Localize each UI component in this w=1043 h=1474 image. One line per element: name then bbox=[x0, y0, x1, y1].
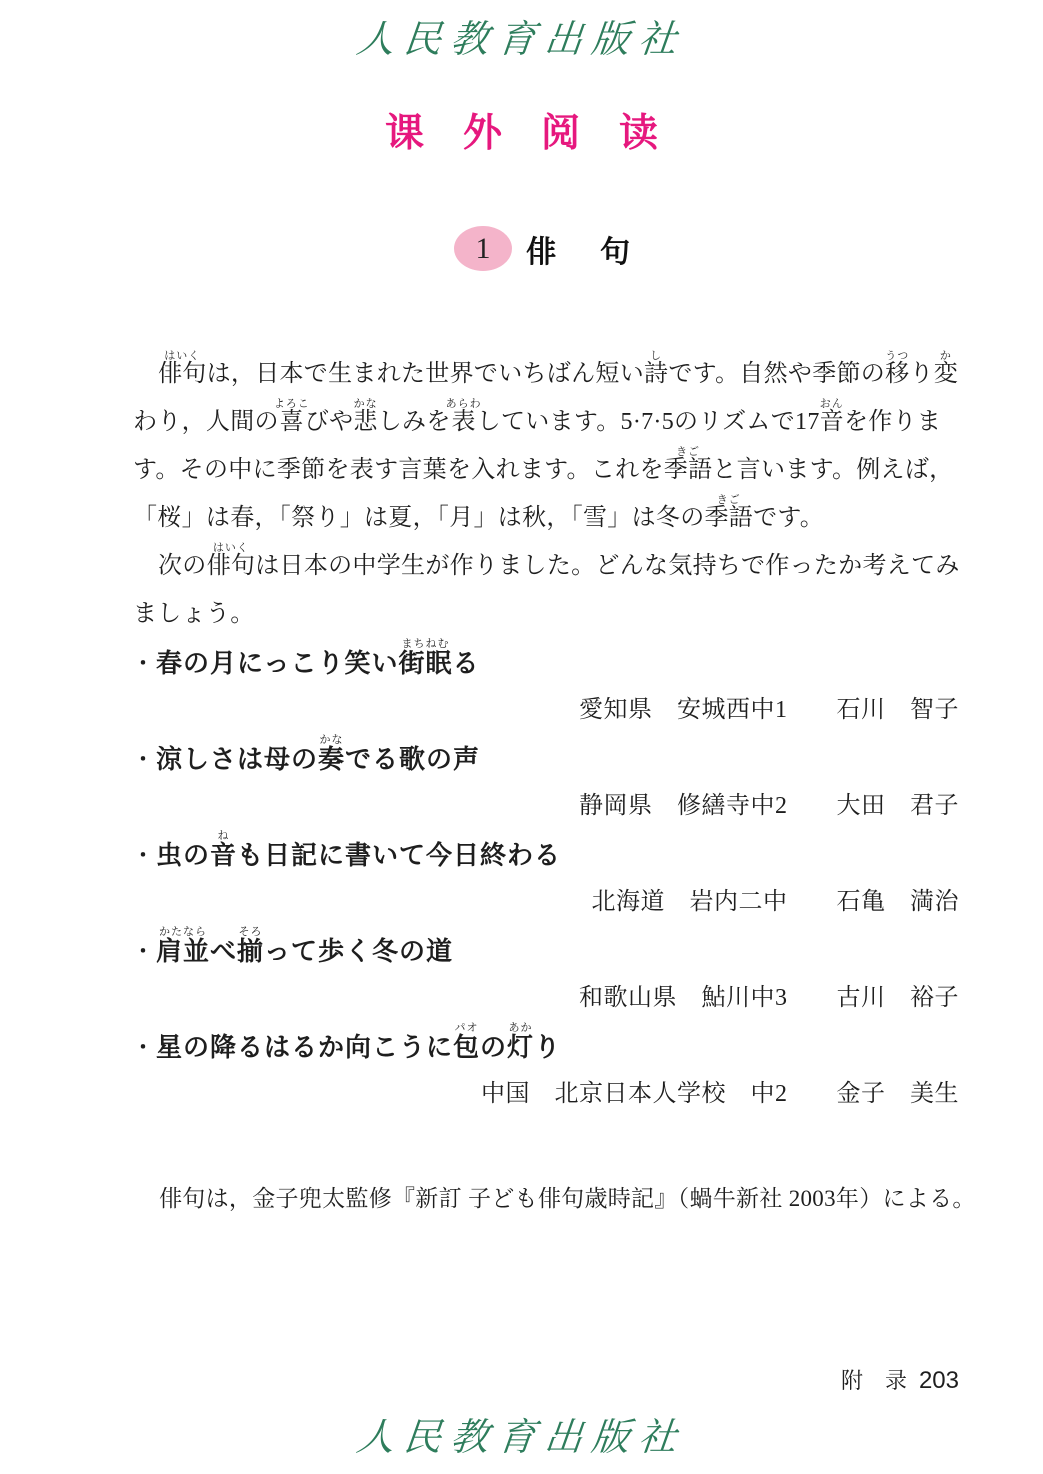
haiku-attribution: 和歌山県 鮎川中3 古川 裕子 bbox=[133, 974, 959, 1022]
source-note: 俳句は，金子兜太監修『新訂 子ども俳句歳時記』（蝸牛新社 2003年）による。 bbox=[133, 1180, 959, 1213]
haiku-text: 春の月にっこり笑い街眠まちねむる bbox=[156, 648, 480, 678]
haiku-line: ・肩並かたならべ揃そろって歩く冬の道 bbox=[133, 926, 959, 974]
section-header: 1 俳 句 bbox=[454, 226, 637, 271]
paragraph-line: ましょう。 bbox=[133, 590, 959, 638]
bullet-icon: ・ bbox=[133, 845, 156, 867]
haiku-text: 星の降るはるか向こうに包パオの灯あかり bbox=[156, 1032, 561, 1062]
haiku-attribution: 愛知県 安城西中1 石川 智子 bbox=[133, 686, 959, 734]
haiku-line: ・星の降るはるか向こうに包パオの灯あかり bbox=[133, 1022, 959, 1070]
bullet-icon: ・ bbox=[133, 941, 156, 963]
footer-label: 附 录 bbox=[841, 1368, 907, 1393]
haiku-attribution: 北海道 岩内二中 石亀 満治 bbox=[133, 878, 959, 926]
haiku-line: ・虫の音ねも日記に書いて今日終わる bbox=[133, 830, 959, 878]
section-title: 俳 句 bbox=[526, 227, 637, 271]
bullet-icon: ・ bbox=[133, 1037, 156, 1059]
haiku-line: ・涼しさは母の奏かなでる歌の声 bbox=[133, 734, 959, 782]
publisher-logo-top: 人民教育出版社 bbox=[0, 8, 1043, 63]
haiku-text: 涼しさは母の奏かなでる歌の声 bbox=[156, 744, 480, 774]
paragraph-line: 次の俳句はいくは日本の中学生が作りました。どんな気持ちで作ったか考えてみ bbox=[133, 542, 959, 590]
bullet-icon: ・ bbox=[133, 749, 156, 771]
haiku-attribution: 静岡県 修繕寺中2 大田 君子 bbox=[133, 782, 959, 830]
section-number-badge: 1 bbox=[454, 226, 512, 271]
main-content: 俳句はいくは，日本で生まれた世界でいちばん短い詩しです。自然や季節の移うつり変か… bbox=[133, 350, 959, 1213]
section-number: 1 bbox=[476, 232, 491, 266]
paragraph-line: す。その中に季節を表す言葉を入れます。これを季語きごと言います。例えば， bbox=[133, 446, 959, 494]
haiku-text: 虫の音ねも日記に書いて今日終わる bbox=[156, 840, 561, 870]
haiku-text: 肩並かたならべ揃そろって歩く冬の道 bbox=[156, 936, 453, 966]
publisher-logo-bottom: 人民教育出版社 bbox=[0, 1406, 1043, 1461]
haiku-attribution: 中国 北京日本人学校 中2 金子 美生 bbox=[133, 1070, 959, 1118]
page-number: 203 bbox=[907, 1367, 959, 1394]
paragraph-line: わり，人間の喜よろこびや悲かなしみを表あらわしています。5·7·5のリズムで17… bbox=[133, 398, 959, 446]
paragraph-line: 俳句はいくは，日本で生まれた世界でいちばん短い詩しです。自然や季節の移うつり変か bbox=[133, 350, 959, 398]
page-title: 课 外 阅 读 bbox=[0, 102, 1043, 158]
paragraph-line: 「桜」は春，「祭り」は夏，「月」は秋，「雪」は冬の季語きごです。 bbox=[133, 494, 959, 542]
bullet-icon: ・ bbox=[133, 653, 156, 675]
haiku-line: ・春の月にっこり笑い街眠まちねむる bbox=[133, 638, 959, 686]
textbook-page: 人民教育出版社 课 外 阅 读 1 俳 句 俳句はいくは，日本で生まれた世界でい… bbox=[0, 0, 1043, 1474]
